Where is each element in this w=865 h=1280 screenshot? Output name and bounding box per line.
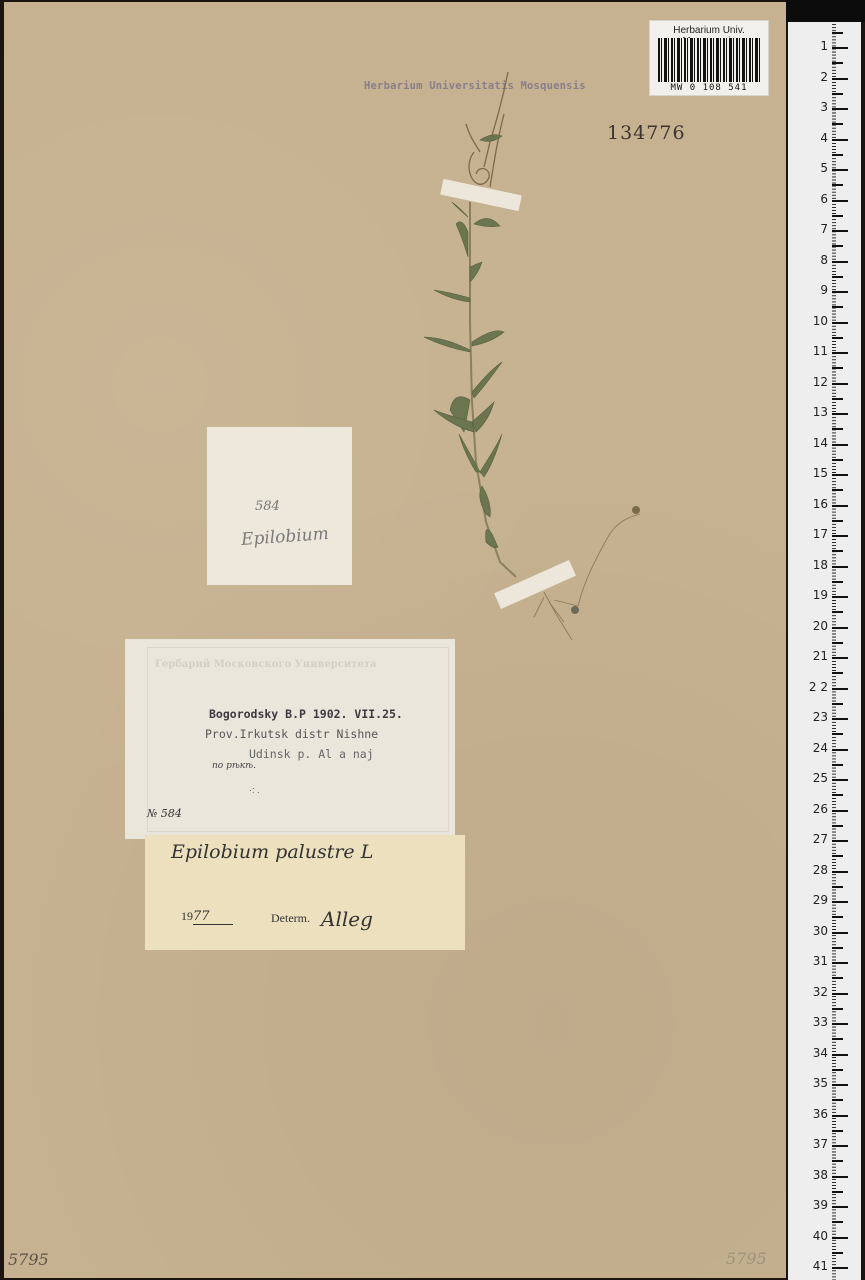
- ruler-mid-tick: [832, 154, 843, 156]
- ruler-major-tick: [832, 505, 848, 507]
- collection-label-header: Гербарий Московского Университета: [155, 659, 455, 670]
- herbarium-sheet: Herbarium Universitatis Mosquensis 13477…: [4, 2, 786, 1278]
- ruler-mid-tick: [832, 794, 843, 796]
- ruler-label: 35: [798, 1076, 828, 1090]
- ruler-mid-tick: [832, 520, 843, 522]
- ruler-major-tick: [832, 352, 848, 354]
- ruler-label: 37: [798, 1137, 828, 1151]
- ruler-mid-tick: [832, 1191, 843, 1193]
- field-note: 584 Epilobium: [207, 427, 352, 585]
- ruler-label: 15: [798, 466, 828, 480]
- ruler-mid-tick: [832, 93, 843, 95]
- ruler-major-tick: [832, 627, 848, 629]
- ruler-label: 3: [798, 100, 828, 114]
- ruler-mid-tick: [832, 459, 843, 461]
- ruler-label: 14: [798, 436, 828, 450]
- ruler-mid-tick: [832, 306, 843, 308]
- collection-label: Гербарий Московского Университета Bogoro…: [125, 639, 455, 839]
- ruler-mid-tick: [832, 337, 843, 339]
- ruler-minor-ticks: [832, 22, 842, 1280]
- ruler-mid-tick: [832, 611, 843, 613]
- ruler-major-tick: [832, 1023, 848, 1025]
- ruler-mid-tick: [832, 1038, 843, 1040]
- ruler-major-tick: [832, 566, 848, 568]
- ruler-major-tick: [832, 139, 848, 141]
- ruler-mid-tick: [832, 1069, 843, 1071]
- determination-label: Epilobium palustre L 1977 Determ. Alleg: [145, 835, 465, 950]
- ruler-major-tick: [832, 1084, 848, 1086]
- ruler-mid-tick: [832, 886, 843, 888]
- barcode-icon: [658, 38, 760, 82]
- ruler-mid-tick: [832, 642, 843, 644]
- year-prefix: 19: [181, 909, 193, 923]
- ruler-label: 18: [798, 558, 828, 572]
- ruler-major-tick: [832, 169, 848, 171]
- ruler-major-tick: [832, 535, 848, 537]
- scanner-edge: [786, 0, 865, 22]
- handwritten-note: по рѣкѣ.: [212, 761, 256, 771]
- ruler-mid-tick: [832, 916, 843, 918]
- ruler-mid-tick: [832, 825, 843, 827]
- ruler-major-tick: [832, 901, 848, 903]
- ruler-major-tick: [832, 657, 848, 659]
- ruler-label: 6: [798, 192, 828, 206]
- ruler-major-tick: [832, 47, 848, 49]
- ruler-label: 13: [798, 405, 828, 419]
- ruler-label: 10: [798, 314, 828, 328]
- ruler-label: 33: [798, 1015, 828, 1029]
- ruler-mid-tick: [832, 367, 843, 369]
- ruler-label: 11: [798, 344, 828, 358]
- collection-number: № 584: [147, 807, 182, 820]
- ruler-label: 23: [798, 710, 828, 724]
- ruler-mid-tick: [832, 703, 843, 705]
- ruler-major-tick: [832, 779, 848, 781]
- ruler-mid-tick: [832, 428, 843, 430]
- locality-line-1: Prov.Irkutsk distr Nishne: [205, 727, 378, 741]
- ruler-major-tick: [832, 1115, 848, 1117]
- determination-year: 1977: [181, 909, 233, 925]
- ruler-major-tick: [832, 291, 848, 293]
- ruler-mid-tick: [832, 245, 843, 247]
- ruler-mid-tick: [832, 947, 843, 949]
- ruler-major-tick: [832, 596, 848, 598]
- ruler-label: 29: [798, 893, 828, 907]
- ruler-mid-tick: [832, 1252, 843, 1254]
- ruler-label: 5: [798, 161, 828, 175]
- ruler-label: 28: [798, 863, 828, 877]
- ruler-mid-tick: [832, 1160, 843, 1162]
- ruler-major-tick: [832, 1176, 848, 1178]
- ruler-label: 38: [798, 1168, 828, 1182]
- year-handwritten: 77: [193, 909, 233, 925]
- ruler-label: 8: [798, 253, 828, 267]
- ruler-mid-tick: [832, 123, 843, 125]
- field-note-number: 584: [255, 499, 280, 514]
- ruler-major-tick: [832, 1145, 848, 1147]
- ruler-label: 2: [798, 70, 828, 84]
- collector-line: Bogorodsky B.P 1902. VII.25.: [209, 707, 403, 721]
- ruler-mid-tick: [832, 62, 843, 64]
- ruler-mid-tick: [832, 764, 843, 766]
- ruler-label: 39: [798, 1198, 828, 1212]
- ruler-mid-tick: [832, 184, 843, 186]
- ruler-mid-tick: [832, 550, 843, 552]
- ruler-major-tick: [832, 474, 848, 476]
- collection-marks: ·: .: [249, 785, 260, 795]
- ruler-major-tick: [832, 1054, 848, 1056]
- ruler-major-tick: [832, 383, 848, 385]
- ruler-major-tick: [832, 688, 848, 690]
- ruler-mid-tick: [832, 581, 843, 583]
- ruler-label: 36: [798, 1107, 828, 1121]
- ruler-mid-tick: [832, 215, 843, 217]
- scale-ruler: 1234567891011121314151617181920212 22324…: [788, 22, 861, 1280]
- ruler-label: 41: [798, 1259, 828, 1273]
- ruler-label: 4: [798, 131, 828, 145]
- ruler-major-tick: [832, 444, 848, 446]
- ruler-major-tick: [832, 261, 848, 263]
- ruler-label: 24: [798, 741, 828, 755]
- determiner-signature: Alleg: [321, 907, 373, 931]
- ruler-label: 1: [798, 39, 828, 53]
- ruler-label: 7: [798, 222, 828, 236]
- ruler-mid-tick: [832, 1221, 843, 1223]
- ruler-major-tick: [832, 1237, 848, 1239]
- corner-number-right: 5795: [726, 1249, 767, 1268]
- ruler-mid-tick: [832, 733, 843, 735]
- ruler-mid-tick: [832, 489, 843, 491]
- ruler-mid-tick: [832, 32, 843, 34]
- ruler-label: 40: [798, 1229, 828, 1243]
- ruler-major-tick: [832, 810, 848, 812]
- ruler-label: 31: [798, 954, 828, 968]
- ruler-major-tick: [832, 322, 848, 324]
- ruler-mid-tick: [832, 1130, 843, 1132]
- ruler-mid-tick: [832, 398, 843, 400]
- ruler-mid-tick: [832, 1008, 843, 1010]
- ruler-label: 25: [798, 771, 828, 785]
- ruler-major-tick: [832, 749, 848, 751]
- ruler-mid-tick: [832, 672, 843, 674]
- ruler-major-tick: [832, 871, 848, 873]
- ruler-label: 16: [798, 497, 828, 511]
- ruler-label: 27: [798, 832, 828, 846]
- ruler-label: 19: [798, 588, 828, 602]
- ruler-label: 21: [798, 649, 828, 663]
- ruler-mid-tick: [832, 276, 843, 278]
- ruler-major-tick: [832, 718, 848, 720]
- ruler-label: 30: [798, 924, 828, 938]
- ruler-major-tick: [832, 1206, 848, 1208]
- field-note-genus: Epilobium: [240, 524, 329, 550]
- ruler-label: 34: [798, 1046, 828, 1060]
- ruler-label: 20: [798, 619, 828, 633]
- ruler-major-tick: [832, 230, 848, 232]
- ruler-mid-tick: [832, 1099, 843, 1101]
- ruler-label: 9: [798, 283, 828, 297]
- corner-number-left: 5795: [8, 1250, 49, 1269]
- ruler-mid-tick: [832, 855, 843, 857]
- ruler-label: 2 2: [798, 680, 828, 694]
- ruler-label: 17: [798, 527, 828, 541]
- ruler-mid-tick: [832, 977, 843, 979]
- ruler-major-tick: [832, 1267, 848, 1269]
- ruler-major-tick: [832, 413, 848, 415]
- locality-line-2: Udinsk p. Al a naj: [249, 747, 374, 761]
- ruler-label: 26: [798, 802, 828, 816]
- ruler-major-tick: [832, 932, 848, 934]
- ruler-major-tick: [832, 78, 848, 80]
- ruler-label: 32: [798, 985, 828, 999]
- ruler-major-tick: [832, 840, 848, 842]
- determ-label: Determ.: [271, 911, 310, 926]
- species-name: Epilobium palustre L: [171, 841, 373, 863]
- ruler-label: 12: [798, 375, 828, 389]
- ruler-major-tick: [832, 993, 848, 995]
- ruler-major-tick: [832, 108, 848, 110]
- barcode-number: MW 0 108 541: [650, 83, 768, 93]
- barcode-label: Herbarium Univ. Mosquensis MW 0 108 541: [649, 20, 769, 96]
- ruler-major-tick: [832, 200, 848, 202]
- ruler-major-tick: [832, 962, 848, 964]
